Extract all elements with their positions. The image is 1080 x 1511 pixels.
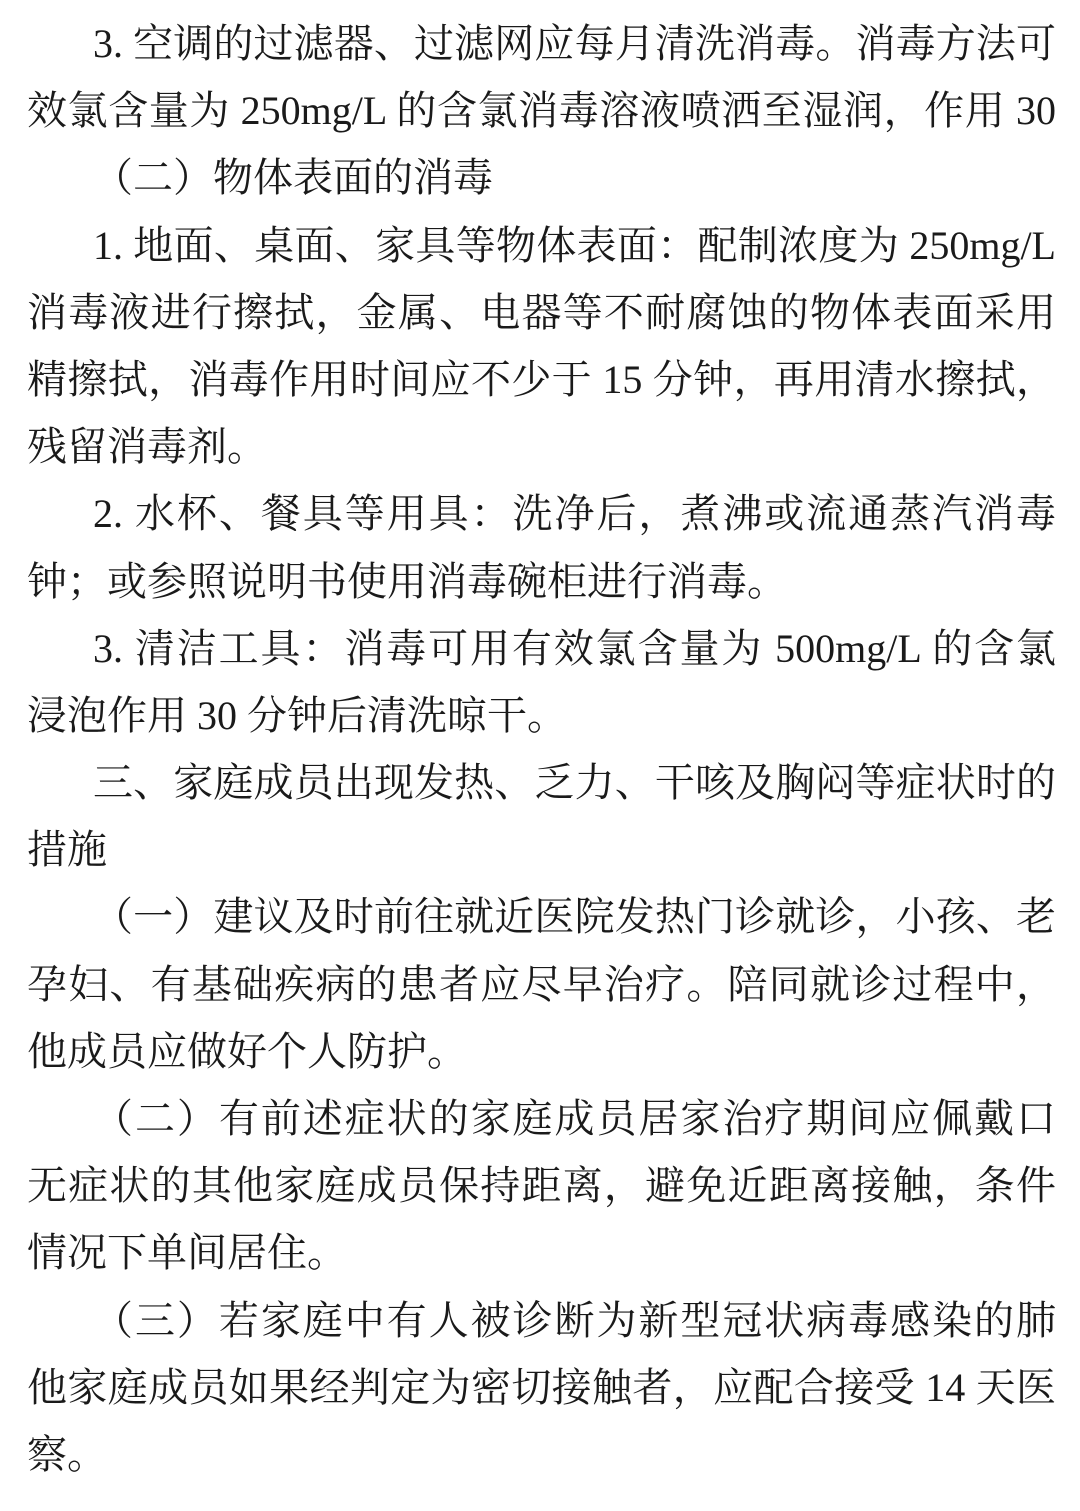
item-1-floors-tables-furniture: 1. 地面、桌面、家具等物体表面：配制浓度为 250mg/L 含氯消毒液进行擦拭…: [27, 212, 1056, 481]
text-line: 他家庭成员如果经判定为密切接触者，应配合接受 14 天医学观: [27, 1354, 1056, 1421]
text-line: （二）物体表面的消毒: [27, 144, 1056, 211]
item-3-air-conditioner-filter: 3. 空调的过滤器、过滤网应每月清洗消毒。消毒方法可用有效氯含量为 250mg/…: [27, 10, 1056, 144]
text-line: 1. 地面、桌面、家具等物体表面：配制浓度为 250mg/L 含氯: [27, 212, 1056, 279]
text-line: 无症状的其他家庭成员保持距离，避免近距离接触，条件允许的: [27, 1152, 1056, 1219]
text-line: 3. 空调的过滤器、过滤网应每月清洗消毒。消毒方法可用有: [27, 10, 1056, 77]
text-line: 残留消毒剂。: [27, 413, 1056, 480]
text-line: （二）有前述症状的家庭成员居家治疗期间应佩戴口罩，与: [27, 1085, 1056, 1152]
document-page: 3. 空调的过滤器、过滤网应每月清洗消毒。消毒方法可用有效氯含量为 250mg/…: [0, 0, 1080, 1511]
text-line: 他成员应做好个人防护。: [27, 1018, 1056, 1085]
heading-section-2-object-surface-disinfection: （二）物体表面的消毒: [27, 144, 1056, 211]
item-2-cups-tableware: 2. 水杯、餐具等用具：洗净后，煮沸或流通蒸汽消毒 15 分钟；或参照说明书使用…: [27, 480, 1056, 614]
text-line: （三）若家庭中有人被诊断为新型冠状病毒感染的肺炎，其: [27, 1287, 1056, 1354]
sub-item-2-home-treatment-mask: （二）有前述症状的家庭成员居家治疗期间应佩戴口罩，与无症状的其他家庭成员保持距离…: [27, 1085, 1056, 1287]
text-line: （一）建议及时前往就近医院发热门诊就诊，小孩、老人、: [27, 883, 1056, 950]
heading-section-3-symptom-control-measures: 三、家庭成员出现发热、乏力、干咳及胸闷等症状时的防控措施: [27, 749, 1056, 883]
text-line: 效氯含量为 250mg/L 的含氯消毒溶液喷洒至湿润，作用 30 分钟。: [27, 77, 1056, 144]
text-line: 消毒液进行擦拭，金属、电器等不耐腐蚀的物体表面采用 75%酒: [27, 279, 1056, 346]
text-line: 措施: [27, 816, 1056, 883]
text-line: 三、家庭成员出现发热、乏力、干咳及胸闷等症状时的防控: [27, 749, 1056, 816]
text-line: 3. 清洁工具：消毒可用有效氯含量为 500mg/L 的含氯消毒剂: [27, 615, 1056, 682]
sub-item-3-close-contact-observation: （三）若家庭中有人被诊断为新型冠状病毒感染的肺炎，其他家庭成员如果经判定为密切接…: [27, 1287, 1056, 1489]
text-line: 察。: [27, 1421, 1056, 1488]
text-line: 精擦拭，消毒作用时间应不少于 15 分钟，再用清水擦拭，去除: [27, 346, 1056, 413]
item-3-cleaning-tools: 3. 清洁工具：消毒可用有效氯含量为 500mg/L 的含氯消毒剂浸泡作用 30…: [27, 615, 1056, 749]
text-line: 钟；或参照说明书使用消毒碗柜进行消毒。: [27, 548, 1056, 615]
text-line: 孕妇、有基础疾病的患者应尽早治疗。陪同就诊过程中，家庭其: [27, 951, 1056, 1018]
document-body: 3. 空调的过滤器、过滤网应每月清洗消毒。消毒方法可用有效氯含量为 250mg/…: [27, 10, 1056, 1488]
text-line: 2. 水杯、餐具等用具：洗净后，煮沸或流通蒸汽消毒 15 分: [27, 480, 1056, 547]
sub-item-1-seek-medical-care: （一）建议及时前往就近医院发热门诊就诊，小孩、老人、孕妇、有基础疾病的患者应尽早…: [27, 883, 1056, 1085]
text-line: 浸泡作用 30 分钟后清洗晾干。: [27, 682, 1056, 749]
text-line: 情况下单间居住。: [27, 1219, 1056, 1286]
